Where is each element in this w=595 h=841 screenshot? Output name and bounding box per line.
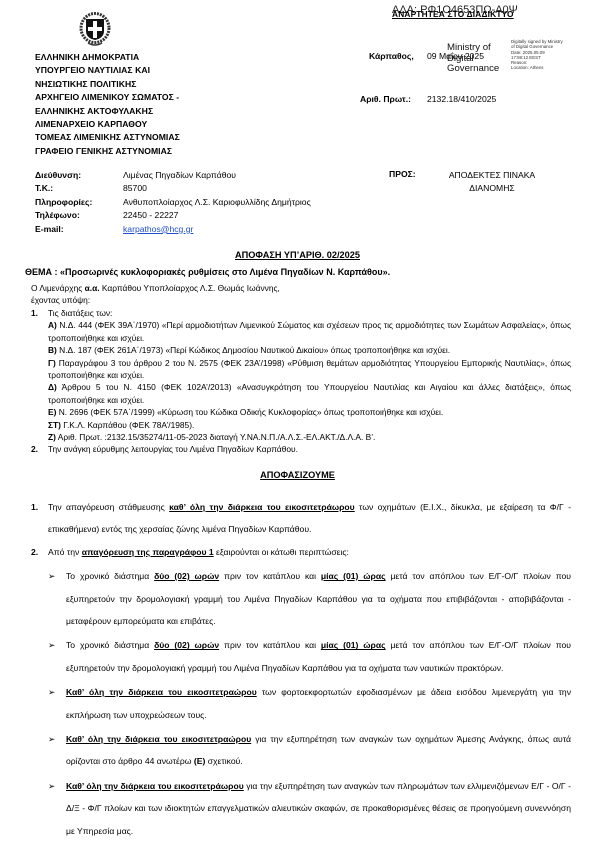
arrowhead-bullet-icon: ➢	[48, 565, 66, 632]
consideration-subitem: Ε) Ν. 2696 (ΦΕΚ 57Α΄/1999) «Κύρωση του Κ…	[31, 406, 571, 418]
intro: Ο Λιμενάρχης α.α. Καρπάθου Υποπλοίαρχος …	[31, 282, 280, 307]
decisions-list: 1. Την απαγόρευση στάθμευσης καθ’ όλη τη…	[31, 496, 571, 841]
exception-bullet: ➢ Καθ’ όλη την διάρκεια του εικοσιτετραώ…	[31, 681, 571, 726]
recipients-value: ΑΠΟΔΕΚΤΕΣ ΠΙΝΑΚΑ ΔΙΑΝΟΜΗΣ	[440, 169, 544, 196]
consideration-subitem: Β) Ν.Δ. 187 (ΦΕΚ 261Α΄/1973) «Περί Κώδικ…	[31, 344, 571, 356]
contact-row-phone: Τηλέφωνο: 22450 - 22227	[35, 209, 311, 222]
consideration-subitem: Δ) Άρθρου 5 του Ν. 4150 (ΦΕΚ 102Α’/2013)…	[31, 381, 571, 406]
decision-item: 2. Από την απαγόρευση της παραγράφου 1 ε…	[31, 541, 571, 563]
arrowhead-bullet-icon: ➢	[48, 728, 66, 773]
consideration-subitem: Α) Ν.Δ. 444 (ΦΕΚ 39Α΄/1970) «Περί αρμοδι…	[31, 319, 571, 344]
org-line: ΤΟΜΕΑΣ ΛΙΜΕΝΙΚΗΣ ΑΣΤΥΝΟΜΙΑΣ	[35, 131, 180, 144]
org-line: ΥΠΟΥΡΓΕΙΟ ΝΑΥΤΙΛΙΑΣ ΚΑΙ	[35, 64, 180, 77]
consideration-subitem: ΣΤ) Γ.Κ.Λ. Καρπάθου (ΦΕΚ 78Α’/1985).	[31, 419, 571, 431]
subject: ΘΕΜΑ : «Προσωρινές κυκλοφοριακές ρυθμίσε…	[25, 267, 390, 277]
signature-metadata: Digitally signed by Ministry of Digital …	[511, 39, 563, 71]
contact-row-address: Διεύθυνση: Λιμένας Πηγαδίων Καρπάθου	[35, 169, 311, 182]
protocol-label: Αριθ. Πρωτ.:	[360, 94, 411, 104]
org-line: ΓΡΑΦΕΙΟ ΓΕΝΙΚΗΣ ΑΣΤΥΝΟΜΙΑΣ	[35, 145, 180, 158]
contact-row-postcode: Τ.Κ.: 85700	[35, 182, 311, 195]
consideration-item: 2.Την ανάγκη εύρυθμης λειτουργίας του Λι…	[31, 443, 571, 455]
exception-bullet: ➢ Το χρονικό διάστημα δύο (02) ωρών πριν…	[31, 565, 571, 632]
place: Κάρπαθος,	[369, 51, 414, 61]
consideration-subitem: Γ) Παραγράφου 3 του άρθρου 2 του Ν. 2575…	[31, 357, 571, 382]
org-line: ΕΛΛΗΝΙΚΗ ΔΗΜΟΚΡΑΤΙΑ	[35, 51, 180, 64]
org-line: ΛΙΜΕΝΑΡΧΕΙΟ ΚΑΡΠΑΘΟΥ	[35, 118, 180, 131]
exception-bullet: ➢ Καθ’ όλη την διάρκεια του εικοσιτετραώ…	[31, 728, 571, 773]
decision-title: ΑΠΟΦΑΣΗ ΥΠ’ΑΡΙΘ. 02/2025	[0, 250, 595, 260]
protocol-number: 2132.18/410/2025	[427, 94, 496, 104]
arrowhead-bullet-icon: ➢	[48, 634, 66, 679]
contact-row-email: E-mail: karpathos@hcg.gr	[35, 223, 311, 236]
publish-notice: ΑΝΑΡΤΗΤΕΑ ΣΤΟ ΔΙΑΔΙΚΤΥΟ	[392, 9, 514, 19]
contact-details: Διεύθυνση: Λιμένας Πηγαδίων Καρπάθου Τ.Κ…	[35, 169, 311, 236]
arrowhead-bullet-icon: ➢	[48, 775, 66, 841]
decide-title: ΑΠΟΦΑΣΙΖΟΥΜΕ	[0, 470, 595, 480]
organization-header: ΕΛΛΗΝΙΚΗ ΔΗΜΟΚΡΑΤΙΑ ΥΠΟΥΡΓΕΙΟ ΝΑΥΤΙΛΙΑΣ …	[35, 51, 180, 158]
decision-item: 1. Την απαγόρευση στάθμευσης καθ’ όλη τη…	[31, 496, 571, 541]
greek-coat-of-arms-icon	[78, 12, 112, 48]
contact-row-info: Πληροφορίες: Ανθυποπλοίαρχος Λ.Σ. Καριοφ…	[35, 196, 311, 209]
recipients-label: ΠΡΟΣ:	[389, 169, 416, 179]
consideration-item: 1.Τις διατάξεις των:	[31, 307, 571, 319]
org-line: ΕΛΛΗΝΙΚΗΣ ΑΚΤΟΦΥΛΑΚΗΣ	[35, 105, 180, 118]
email-link[interactable]: karpathos@hcg.gr	[123, 223, 193, 236]
consideration-subitem: Ζ) Αριθ. Πρωτ. :2132.15/35274/11-05-2023…	[31, 431, 571, 443]
considerations-list: 1.Τις διατάξεις των: Α) Ν.Δ. 444 (ΦΕΚ 39…	[31, 307, 571, 456]
org-line: ΝΗΣΙΩΤΙΚΗΣ ΠΟΛΙΤΙΚΗΣ	[35, 78, 180, 91]
arrowhead-bullet-icon: ➢	[48, 681, 66, 726]
exception-bullet: ➢ Το χρονικό διάστημα δύο (02) ωρών πριν…	[31, 634, 571, 679]
signature-organization: Ministry of Digital Governance	[447, 43, 499, 75]
exception-bullet: ➢ Καθ’ όλη την διάρκεια του εικοσιτετράω…	[31, 775, 571, 841]
org-line: ΑΡΧΗΓΕΙΟ ΛΙΜΕΝΙΚΟΥ ΣΩΜΑΤΟΣ -	[35, 91, 180, 104]
